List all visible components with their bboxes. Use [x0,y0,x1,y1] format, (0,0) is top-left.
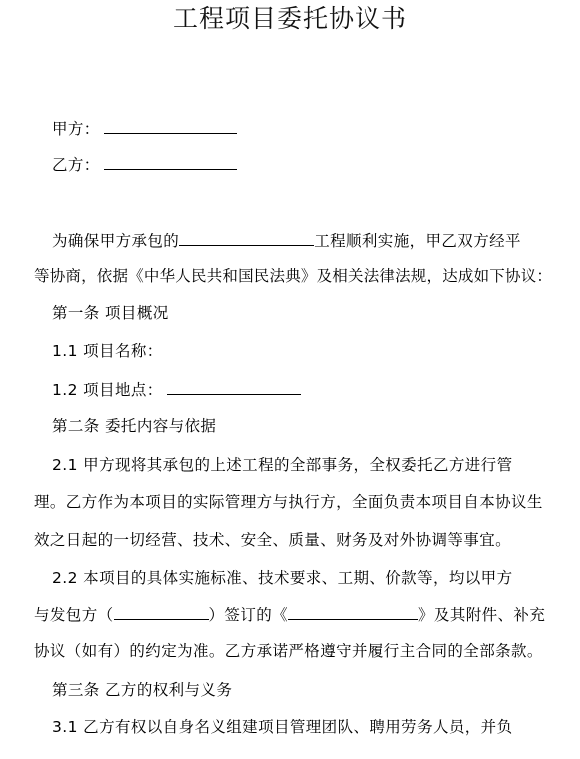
item-2-2-line-2: 与发包方（）签订的《》及其附件、补充 [34,603,545,626]
item-1-2-line: 1.2 项目地点： [52,378,301,401]
item-2-1-line-1: 2.1 甲方现将其承包的上述工程的全部事务，全权委托乙方进行管 [52,454,512,476]
party-a-line: 甲方： [52,117,237,140]
item-2-2-line-3: 协议（如有）的约定为准。乙方承诺严格遵守并履行主合同的全部条款。 [34,640,543,662]
project-name-blank[interactable] [179,229,314,246]
document-title: 工程项目委托协议书 [0,2,580,36]
preamble-line-1: 为确保甲方承包的工程顺利实施，甲乙双方经平 [52,229,521,252]
item-2-2-text-c: 》及其附件、补充 [418,606,545,624]
party-a-blank[interactable] [104,117,237,134]
employer-blank[interactable] [114,603,209,620]
item-2-1-line-3: 效之日起的一切经营、技术、安全、质量、财务及对外协调等事宜。 [34,529,511,551]
item-1-1: 1.1 项目名称： [52,340,163,362]
item-2-2-line-1: 2.2 本项目的具体实施标准、技术要求、工期、价款等，均以甲方 [52,567,512,589]
party-b-label: 乙方： [52,156,100,174]
item-3-1-line-1: 3.1 乙方有权以自身名义组建项目管理团队、聘用劳务人员，并负 [52,716,512,738]
article-1-heading: 第一条 项目概况 [52,302,169,324]
main-contract-blank[interactable] [288,603,418,620]
preamble-line-2: 等协商，依据《中华人民共和国民法典》及相关法律法规，达成如下协议： [34,265,552,287]
item-2-1-line-2: 理。乙方作为本项目的实际管理方与执行方，全面负责本项目自本协议生 [34,491,543,513]
item-2-2-text-b: ）签订的《 [209,606,289,624]
project-location-blank[interactable] [167,378,301,395]
article-3-heading: 第三条 乙方的权利与义务 [52,679,232,701]
preamble-text-1: 为确保甲方承包的 [52,232,179,250]
item-1-2-label: 1.2 项目地点： [52,381,163,399]
party-a-label: 甲方： [52,120,100,138]
party-b-blank[interactable] [104,153,237,170]
item-2-2-text-a: 与发包方（ [34,606,114,624]
preamble-text-2: 工程顺利实施，甲乙双方经平 [314,232,521,250]
article-2-heading: 第二条 委托内容与依据 [52,415,216,437]
party-b-line: 乙方： [52,153,237,176]
